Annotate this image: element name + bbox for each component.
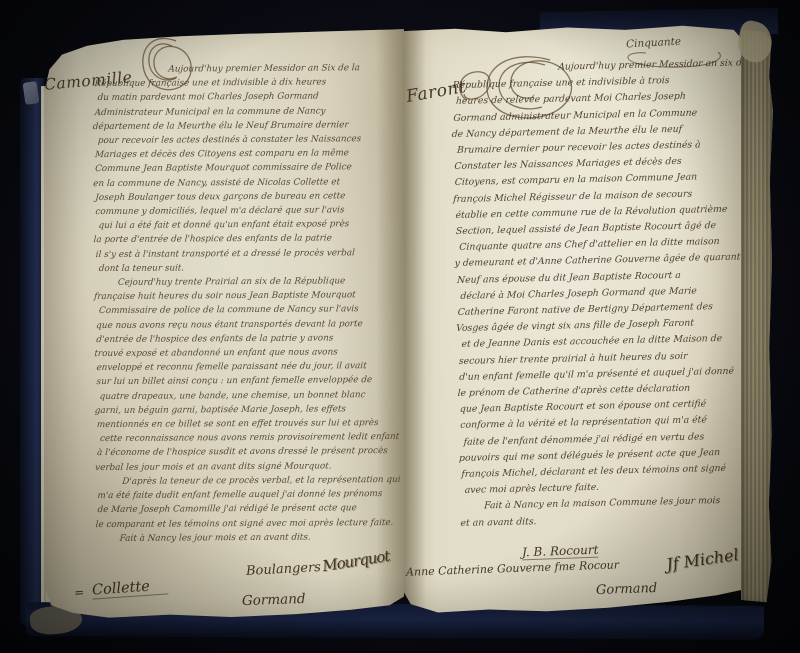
manuscript-line: du matin pardevant moi Charles Joseph Go… <box>97 89 401 105</box>
photo-backdrop: 2. Camomille Aujourd'huy premier Messido… <box>0 0 800 653</box>
left-page: 2. Camomille Aujourd'huy premier Messido… <box>44 28 404 620</box>
signature: Anne Catherine Gouverne fme Rocour <box>406 558 619 578</box>
signature: Gormand <box>242 591 306 609</box>
signature: Mourquot <box>321 547 391 575</box>
signature: Jf Michel <box>665 545 740 574</box>
right-page: Cinquante Faront Aujourd'huy premier Mes… <box>404 24 744 616</box>
signature: Boulangers <box>246 560 322 579</box>
act-text-left: Aujourd'huy premier Messidor an Six de l… <box>94 61 403 546</box>
signature-block-right: J. B. RocourtAnne Catherine Gouverne fme… <box>404 536 744 614</box>
signature: J. B. Rocourt <box>522 543 599 561</box>
act-text-right: Aujourd'huy premier Messidor an six de l… <box>452 56 745 532</box>
manuscript-line: Fait à Nancy les jour mois et an avant d… <box>97 530 404 546</box>
manuscript-line: de Marie Joseph Camomille j'ai rédigé le… <box>97 501 404 517</box>
signature: Collette <box>91 577 168 599</box>
signature: Gormand <box>596 581 658 598</box>
book-cover-corner-highlight <box>23 81 40 105</box>
manuscript-line: Commune Jean Baptiste Mourquot commissai… <box>95 160 402 176</box>
page-stack-fore-edge <box>741 30 773 608</box>
